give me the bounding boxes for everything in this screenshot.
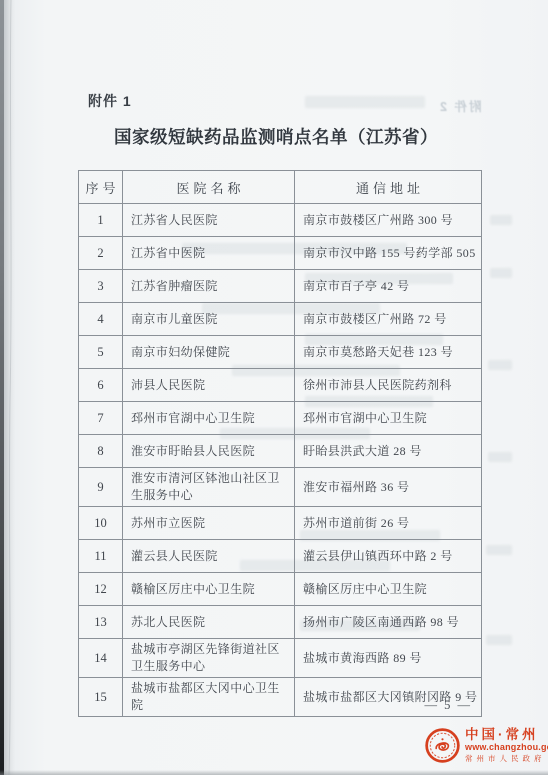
row-number-cell: 13: [79, 606, 123, 639]
table-row: 12赣榆区厉庄中心卫生院赣榆区厉庄中心卫生院: [79, 573, 482, 606]
table-row: 4南京市儿童医院南京市鼓楼区广州路 72 号: [79, 303, 482, 336]
address-cell: 盐城市黄海西路 89 号: [295, 639, 482, 678]
address-cell: 徐州市沛县人民医院药剂科: [295, 369, 482, 402]
table-header-row: 序号 医院名称 通信地址: [79, 171, 482, 204]
table-row: 5南京市妇幼保健院南京市莫愁路天妃巷 123 号: [79, 336, 482, 369]
page-number: — 5 —: [425, 698, 473, 713]
hospital-name-cell: 苏州市立医院: [123, 507, 295, 540]
hospital-name-cell: 南京市儿童医院: [123, 303, 295, 336]
row-number-cell: 7: [79, 402, 123, 435]
col-header-no: 序号: [79, 171, 123, 204]
address-cell: 邳州市官湖中心卫生院: [295, 402, 482, 435]
address-cell: 南京市莫愁路天妃巷 123 号: [295, 336, 482, 369]
paper-fold-line: [5, 0, 17, 775]
address-cell: 淮安市福州路 36 号: [295, 468, 482, 507]
bleed-through-mark: [486, 545, 512, 555]
table-row: 15盐城市盐都区大冈中心卫生院盐城市盐都区大冈镇附冈路 9 号: [79, 678, 482, 717]
page-title: 国家级短缺药品监测哨点名单（江苏省）: [70, 124, 482, 149]
hospital-name-cell: 赣榆区厉庄中心卫生院: [123, 573, 295, 606]
address-cell: 灌云县伊山镇西环中路 2 号: [295, 540, 482, 573]
address-cell: 南京市鼓楼区广州路 72 号: [295, 303, 482, 336]
row-number-cell: 1: [79, 204, 123, 237]
hospital-name-cell: 苏北人民医院: [123, 606, 295, 639]
bleed-through-mark: [488, 452, 512, 462]
address-cell: 赣榆区厉庄中心卫生院: [295, 573, 482, 606]
row-number-cell: 2: [79, 237, 123, 270]
bleed-through-mark: [488, 360, 512, 370]
logo-subtitle: 常州市人民政府: [465, 754, 548, 763]
scanned-page: 附件 2 附件 1 国家级短缺药品监测哨点名单（江苏省） 序号 医院名称 通信地…: [0, 0, 548, 775]
bleed-through-mark: [490, 215, 512, 225]
paper-edge-bottom: [0, 770, 548, 775]
hospital-name-cell: 江苏省人民医院: [123, 204, 295, 237]
table-row: 1江苏省人民医院南京市鼓楼区广州路 300 号: [79, 204, 482, 237]
hospital-name-cell: 淮安市盱眙县人民医院: [123, 435, 295, 468]
address-cell: 扬州市广陵区南通西路 98 号: [295, 606, 482, 639]
logo-brand: 中国·常州: [465, 727, 548, 742]
row-number-cell: 9: [79, 468, 123, 507]
hospital-name-cell: 灌云县人民医院: [123, 540, 295, 573]
table-row: 14盐城市亭湖区先锋街道社区卫生服务中心盐城市黄海西路 89 号: [79, 639, 482, 678]
address-cell: 南京市百子亭 42 号: [295, 270, 482, 303]
bleed-through-mark: [490, 268, 512, 278]
logo-url: www.changzhou.gov.cn: [465, 742, 548, 753]
hospital-name-cell: 盐城市亭湖区先锋街道社区卫生服务中心: [123, 639, 295, 678]
row-number-cell: 11: [79, 540, 123, 573]
changzhou-gov-logo: 中国·常州 www.changzhou.gov.cn 常州市人民政府: [425, 727, 548, 763]
row-number-cell: 5: [79, 336, 123, 369]
row-number-cell: 6: [79, 369, 123, 402]
bleed-through-mark: [486, 635, 512, 645]
hospital-name-cell: 淮安市清河区钵池山社区卫生服务中心: [123, 468, 295, 507]
address-cell: 苏州市道前街 26 号: [295, 507, 482, 540]
table-row: 13苏北人民医院扬州市广陵区南通西路 98 号: [79, 606, 482, 639]
table-row: 6沛县人民医院徐州市沛县人民医院药剂科: [79, 369, 482, 402]
row-number-cell: 4: [79, 303, 123, 336]
table-row: 8淮安市盱眙县人民医院盱眙县洪武大道 28 号: [79, 435, 482, 468]
attachment-label: 附件 1: [88, 91, 132, 111]
table-row: 10苏州市立医院苏州市道前街 26 号: [79, 507, 482, 540]
row-number-cell: 3: [79, 270, 123, 303]
address-cell: 盱眙县洪武大道 28 号: [295, 435, 482, 468]
table-row: 9淮安市清河区钵池山社区卫生服务中心淮安市福州路 36 号: [79, 468, 482, 507]
table-row: 2江苏省中医院南京市汉中路 155 号药学部 505: [79, 237, 482, 270]
hospital-table: 序号 医院名称 通信地址 1江苏省人民医院南京市鼓楼区广州路 300 号 2江苏…: [78, 170, 482, 717]
row-number-cell: 14: [79, 639, 123, 678]
logo-text-block: 中国·常州 www.changzhou.gov.cn 常州市人民政府: [465, 727, 548, 763]
dragon-seal-icon: [425, 728, 460, 763]
hospital-name-cell: 沛县人民医院: [123, 369, 295, 402]
table-row: 11灌云县人民医院灌云县伊山镇西环中路 2 号: [79, 540, 482, 573]
hospital-name-cell: 江苏省肿瘤医院: [123, 270, 295, 303]
table-row: 7邳州市官湖中心卫生院邳州市官湖中心卫生院: [79, 402, 482, 435]
table-row: 3江苏省肿瘤医院南京市百子亭 42 号: [79, 270, 482, 303]
address-cell: 南京市汉中路 155 号药学部 505: [295, 237, 482, 270]
bleed-through-attachment2-label: 附件 2: [438, 97, 481, 115]
row-number-cell: 10: [79, 507, 123, 540]
hospital-name-cell: 江苏省中医院: [123, 237, 295, 270]
hospital-name-cell: 盐城市盐都区大冈中心卫生院: [123, 678, 295, 717]
hospital-name-cell: 南京市妇幼保健院: [123, 336, 295, 369]
hospital-name-cell: 邳州市官湖中心卫生院: [123, 402, 295, 435]
address-cell: 南京市鼓楼区广州路 300 号: [295, 204, 482, 237]
row-number-cell: 15: [79, 678, 123, 717]
row-number-cell: 12: [79, 573, 123, 606]
row-number-cell: 8: [79, 435, 123, 468]
col-header-address: 通信地址: [295, 171, 482, 204]
col-header-hospital: 医院名称: [123, 171, 295, 204]
bleed-through-mark: [305, 96, 425, 108]
